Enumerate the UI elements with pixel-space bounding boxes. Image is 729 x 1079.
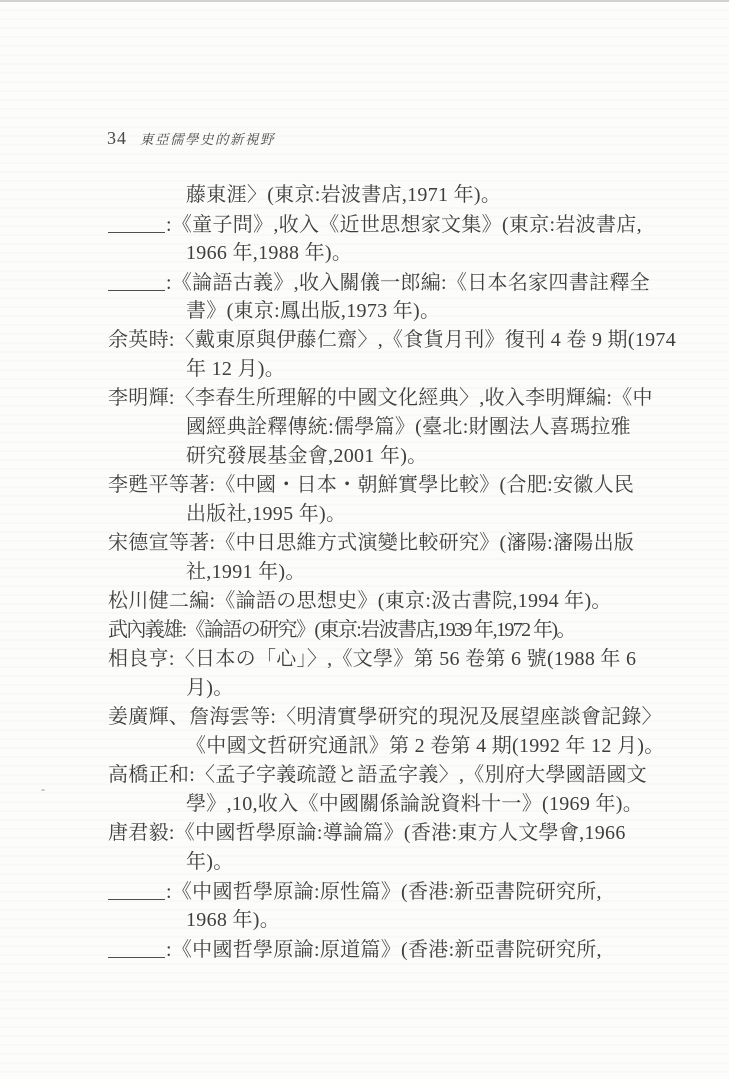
bib-line: 1966 年,1988 年)。	[108, 239, 683, 268]
bib-line: 唐君毅:《中國哲學原論:導論篇》(香港:東方人文學會,1966	[108, 819, 683, 848]
running-header-book-title: 東亞儒學史的新視野	[140, 128, 275, 148]
bib-line: :《中國哲學原論:原性篇》(香港:新亞書院研究所,	[108, 877, 683, 906]
bib-line: 姜廣輝、詹海雲等:〈明清實學研究的現況及展望座談會記錄〉	[108, 703, 683, 732]
bib-line-text: :《中國哲學原論:原性篇》(香港:新亞書院研究所,	[166, 881, 602, 903]
bib-line: 宋德宣等著:《中日思維方式演變比較研究》(瀋陽:瀋陽出版	[108, 529, 683, 558]
bib-line: 年 12 月)。	[108, 355, 683, 384]
bib-line: 國經典詮釋傳統:儒學篇》(臺北:財團法人喜瑪拉雅	[108, 413, 683, 442]
bib-line: 月)。	[108, 674, 683, 703]
bib-line: 高橋正和:〈孟子字義疏證と語孟字義〉,《別府大學國語國文	[108, 761, 683, 790]
bib-line-text: :《論語古義》,收入關儀一郎編:《日本名家四書註釋全	[166, 272, 650, 294]
bib-line: 藤東涯〉(東京:岩波書店,1971 年)。	[108, 181, 683, 210]
running-header: 34 東亞儒學史的新視野	[107, 128, 275, 149]
bib-line-text: :《中國哲學原論:原道篇》(香港:新亞書院研究所,	[166, 939, 602, 961]
scanned-book-page: 34 東亞儒學史的新視野 藤東涯〉(東京:岩波書店,1971 年)。:《童子問》…	[0, 0, 729, 1079]
repeat-author-underscore	[108, 937, 165, 958]
repeat-author-underscore	[108, 212, 165, 233]
bib-line: 書》(東京:鳳出版,1973 年)。	[108, 297, 683, 326]
bib-line: 《中國文哲研究通訊》第 2 卷第 4 期(1992 年 12 月)。	[108, 732, 683, 761]
scan-speck-artifact	[41, 789, 45, 791]
page-number: 34	[107, 128, 127, 149]
repeat-author-underscore	[108, 270, 165, 291]
bib-line: 李甦平等著:《中國・日本・朝鮮實學比較》(合肥:安徽人民	[108, 471, 683, 500]
bib-line: 1968 年)。	[108, 906, 683, 935]
bib-line: 相良亨:〈日本の「心」〉,《文學》第 56 卷第 6 號(1988 年 6	[108, 645, 683, 674]
repeat-author-underscore	[108, 879, 165, 900]
bib-line: 出版社,1995 年)。	[108, 500, 683, 529]
bib-line: 武內義雄:《論語の研究》(東京:岩波書店,1939 年,1972 年)。	[108, 616, 683, 645]
bib-line: :《童子問》,收入《近世思想家文集》(東京:岩波書店,	[108, 210, 683, 239]
bib-line: 學》,10,收入《中國關係論說資料十一》(1969 年)。	[108, 790, 683, 819]
bib-line-text: :《童子問》,收入《近世思想家文集》(東京:岩波書店,	[166, 214, 642, 236]
bibliography-list: 藤東涯〉(東京:岩波書店,1971 年)。:《童子問》,收入《近世思想家文集》(…	[108, 181, 683, 964]
bib-line: 年)。	[108, 848, 683, 877]
bib-line: :《中國哲學原論:原道篇》(香港:新亞書院研究所,	[108, 935, 683, 964]
bib-line: 李明輝:〈李春生所理解的中國文化經典〉,收入李明輝編:《中	[108, 384, 683, 413]
bib-line: 社,1991 年)。	[108, 558, 683, 587]
scan-top-edge-artifact	[0, 0, 729, 2]
bib-line: 松川健二編:《論語の思想史》(東京:汲古書院,1994 年)。	[108, 587, 683, 616]
bib-line: 研究發展基金會,2001 年)。	[108, 442, 683, 471]
bib-line: 余英時:〈戴東原與伊藤仁齋〉,《食貨月刊》復刊 4 卷 9 期(1974	[108, 326, 683, 355]
bib-line: :《論語古義》,收入關儀一郎編:《日本名家四書註釋全	[108, 268, 683, 297]
